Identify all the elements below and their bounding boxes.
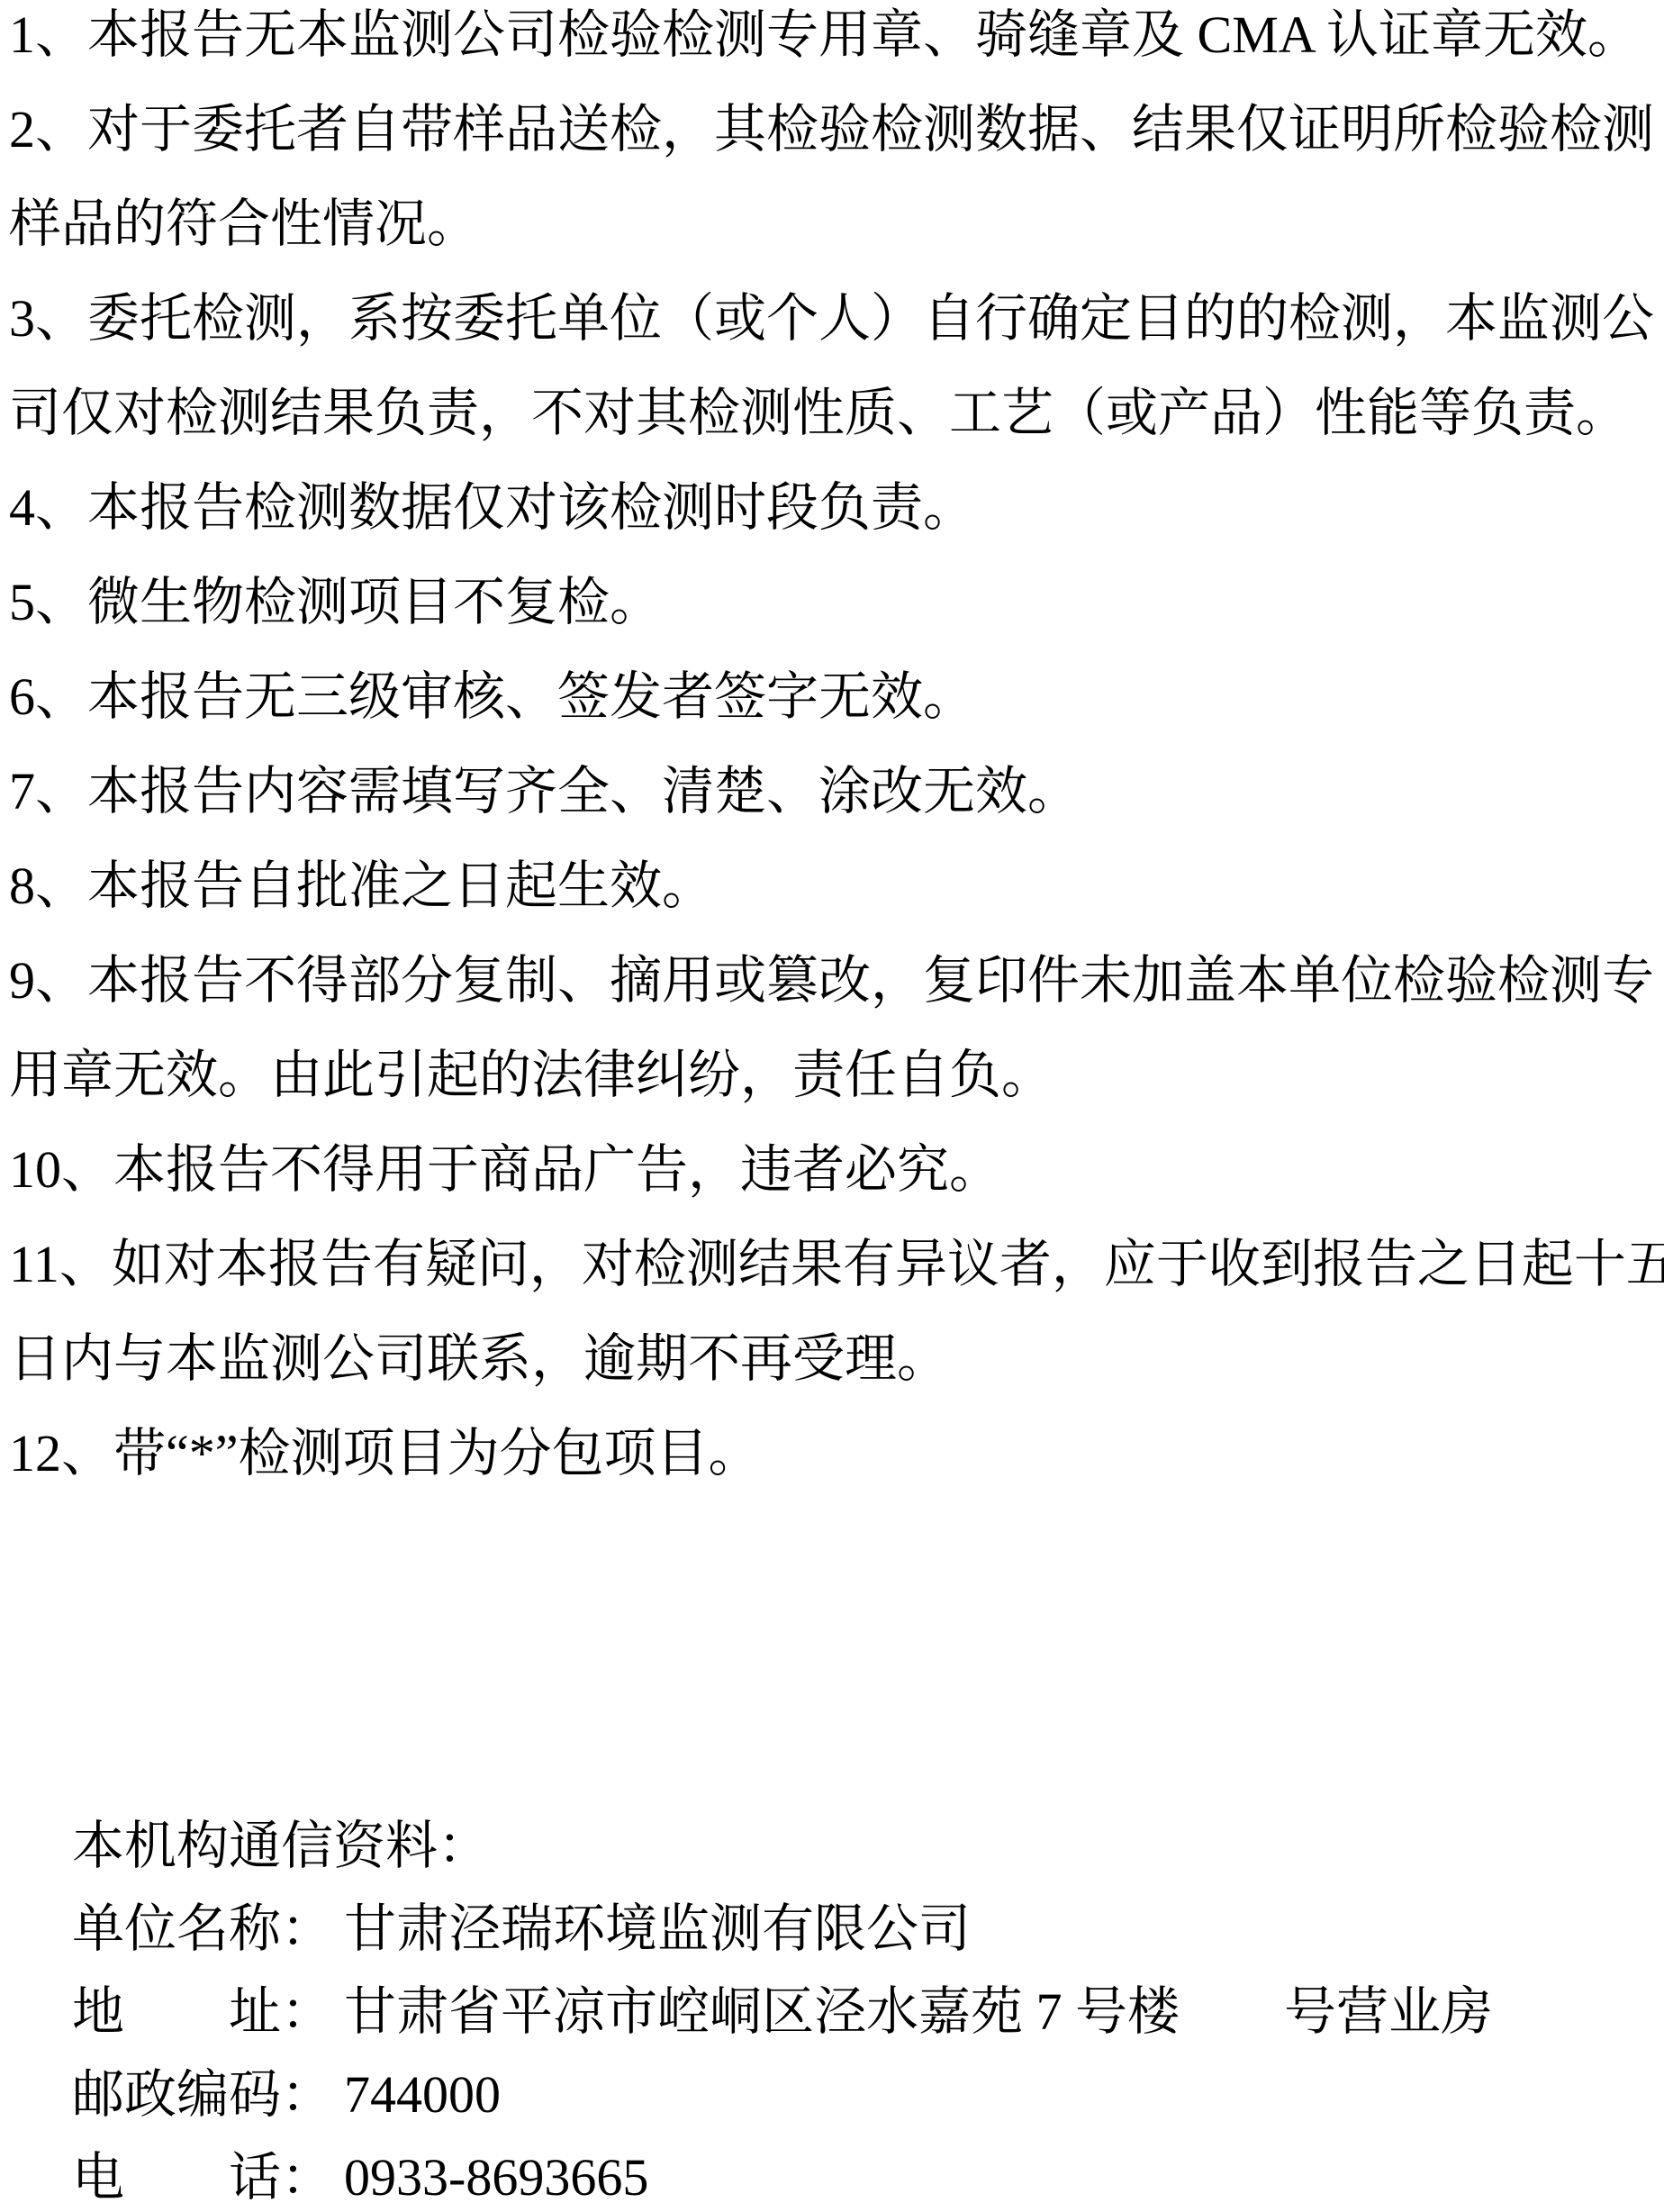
contact-label: 邮政编码： bbox=[72, 2053, 333, 2136]
note-line: 7、本报告内容需填写齐全、清楚、涂改无效。 bbox=[9, 744, 1664, 839]
contact-value: 744000 bbox=[333, 2053, 501, 2136]
note-line: 4、本报告检测数据仅对该检测时段负责。 bbox=[9, 460, 1664, 555]
note-line: 日内与本监测公司联系，逾期不再受理。 bbox=[9, 1311, 1664, 1406]
note-line: 6、本报告无三级审核、签发者签字无效。 bbox=[9, 649, 1664, 744]
contact-info: 本机构通信资料： 单位名称：甘肃泾瑞环境监测有限公司地 址：甘肃省平凉市崆峒区泾… bbox=[72, 1805, 1664, 2212]
note-line: 9、本报告不得部分复制、摘用或篡改，复印件未加盖本单位检验检测专 bbox=[9, 933, 1664, 1028]
note-line: 1、本报告无本监测公司检验检测专用章、骑缝章及 CMA 认证章无效。 bbox=[9, 0, 1664, 82]
note-line: 样品的符合性情况。 bbox=[9, 177, 1664, 271]
report-notes: 1、本报告无本监测公司检验检测专用章、骑缝章及 CMA 认证章无效。2、对于委托… bbox=[9, 0, 1664, 1500]
note-line: 5、微生物检测项目不复检。 bbox=[9, 555, 1664, 649]
contact-label: 地 址： bbox=[72, 1971, 333, 2053]
contact-label: 电 话： bbox=[72, 2136, 333, 2212]
note-line: 3、委托检测，系按委托单位（或个人）自行确定目的的检测，本监测公 bbox=[9, 271, 1664, 366]
contact-row: 单位名称：甘肃泾瑞环境监测有限公司 bbox=[72, 1888, 1664, 1971]
contact-row: 邮政编码：744000 bbox=[72, 2053, 1664, 2136]
note-line: 用章无效。由此引起的法律纠纷，责任自负。 bbox=[9, 1028, 1664, 1122]
contact-heading: 本机构通信资料： bbox=[72, 1805, 1664, 1888]
note-line: 2、对于委托者自带样品送检，其检验检测数据、结果仅证明所检验检测 bbox=[9, 82, 1664, 177]
contact-label: 单位名称： bbox=[72, 1888, 333, 1971]
note-line: 11、如对本报告有疑问，对检测结果有异议者，应于收到报告之日起十五 bbox=[9, 1217, 1664, 1311]
contact-rows: 单位名称：甘肃泾瑞环境监测有限公司地 址：甘肃省平凉市崆峒区泾水嘉苑 7 号楼 … bbox=[72, 1888, 1664, 2212]
report-notes-page: 1、本报告无本监测公司检验检测专用章、骑缝章及 CMA 认证章无效。2、对于委托… bbox=[0, 0, 1664, 2212]
contact-value: 甘肃泾瑞环境监测有限公司 bbox=[333, 1888, 971, 1971]
note-line: 司仅对检测结果负责，不对其检测性质、工艺（或产品）性能等负责。 bbox=[9, 366, 1664, 460]
note-line: 10、本报告不得用于商品广告，违者必究。 bbox=[9, 1122, 1664, 1217]
contact-value: 甘肃省平凉市崆峒区泾水嘉苑 7 号楼 号营业房 bbox=[333, 1971, 1493, 2053]
contact-row: 地 址：甘肃省平凉市崆峒区泾水嘉苑 7 号楼 号营业房 bbox=[72, 1971, 1664, 2053]
note-line: 8、本报告自批准之日起生效。 bbox=[9, 839, 1664, 933]
contact-row: 电 话：0933-8693665 bbox=[72, 2136, 1664, 2212]
contact-value: 0933-8693665 bbox=[333, 2136, 648, 2212]
note-line: 12、带“*”检测项目为分包项目。 bbox=[9, 1406, 1664, 1500]
